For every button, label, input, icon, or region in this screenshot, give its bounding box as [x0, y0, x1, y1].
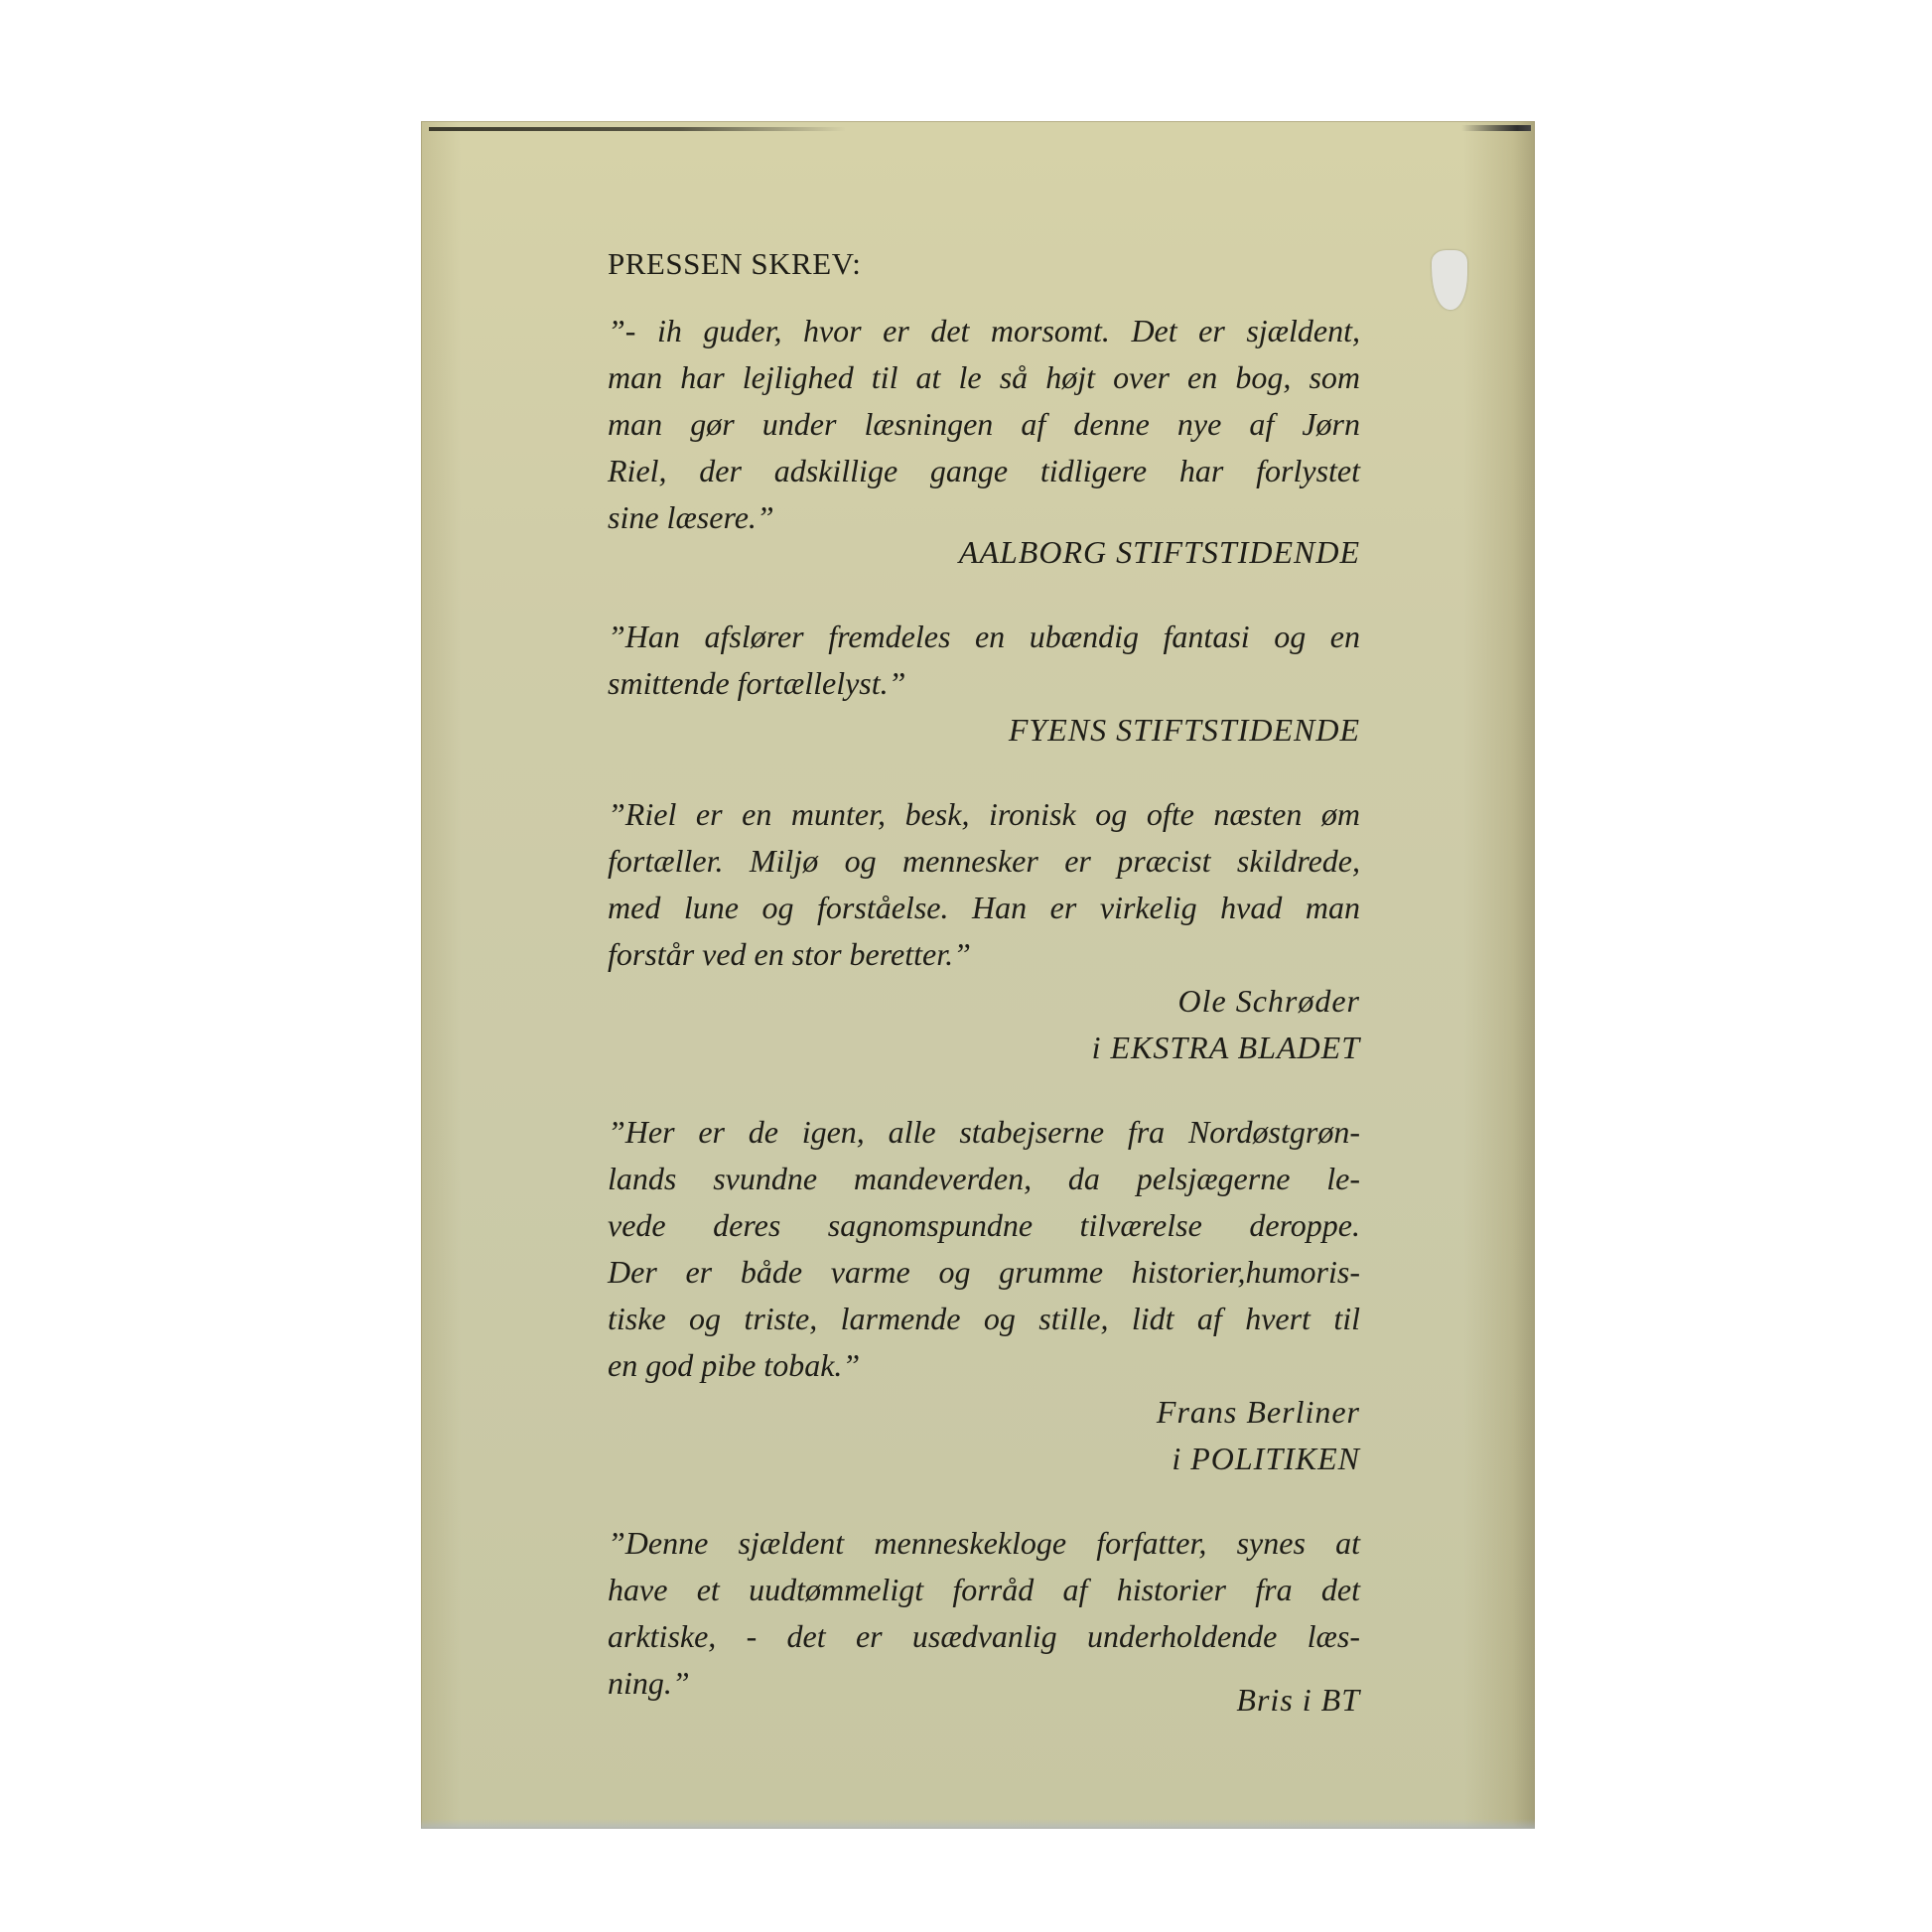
review-author: Ole Schrøder	[608, 978, 1360, 1025]
review-author: Frans Berliner	[608, 1389, 1360, 1436]
quote-line: vede deres sagnomspundne tilværelse dero…	[608, 1202, 1360, 1249]
review-source: i POLITIKEN	[608, 1436, 1360, 1482]
review-block: ”Riel er en munter, besk, ironisk og oft…	[608, 791, 1360, 1071]
quote-line: Riel, der adskillige gange tidligere har…	[608, 448, 1360, 494]
quote-line: ”- ih guder, hvor er det morsomt. Det er…	[608, 308, 1360, 354]
quote-line: man har lejlighed til at le så højt over…	[608, 354, 1360, 401]
top-right-edge-mark	[1461, 125, 1531, 131]
quote-line: have et uudtømmeligt forråd af historier…	[608, 1567, 1360, 1613]
quote-line: smittende fortællelyst.”	[608, 660, 1360, 707]
page-heading: PRESSEN SKREV:	[608, 245, 1360, 282]
review-block: ”- ih guder, hvor er det morsomt. Det er…	[608, 308, 1360, 576]
review-source: FYENS STIFTSTIDENDE	[608, 707, 1360, 754]
quote-line: ”Her er de igen, alle stabejserne fra No…	[608, 1109, 1360, 1156]
quote-line: tiske og triste, larmende og stille, lid…	[608, 1296, 1360, 1342]
quote-line: lands svundne mandeverden, da pelsjægern…	[608, 1156, 1360, 1202]
bottom-edge	[421, 1819, 1535, 1829]
review-quote: ”Riel er en munter, besk, ironisk og oft…	[608, 791, 1360, 978]
review-source: i EKSTRA BLADET	[608, 1025, 1360, 1071]
quote-line: forstår ved en stor beretter.”	[608, 931, 1360, 978]
review-block: ”Her er de igen, alle stabejserne fra No…	[608, 1109, 1360, 1482]
review-quote: ”Han afslører fremdeles en ubændig fanta…	[608, 614, 1360, 707]
book-back-cover: PRESSEN SKREV: ”- ih guder, hvor er det …	[421, 121, 1535, 1829]
press-quotes-column: PRESSEN SKREV: ”- ih guder, hvor er det …	[608, 245, 1360, 1761]
quote-line: en god pibe tobak.”	[608, 1342, 1360, 1389]
quote-line: med lune og forståelse. Han er virkelig …	[608, 885, 1360, 931]
quote-line: ”Denne sjældent menneskekloge forfatter,…	[608, 1520, 1360, 1567]
quote-line: ”Riel er en munter, besk, ironisk og oft…	[608, 791, 1360, 838]
quote-line: ”Han afslører fremdeles en ubændig fanta…	[608, 614, 1360, 660]
quote-line: Der er både varme og grumme historier,hu…	[608, 1249, 1360, 1296]
top-edge-rule	[429, 127, 846, 131]
quote-line: fortæller. Miljø og mennesker er præcist…	[608, 838, 1360, 885]
review-block: ”Han afslører fremdeles en ubændig fanta…	[608, 614, 1360, 754]
torn-label-mark	[1432, 250, 1467, 310]
review-quote: ”- ih guder, hvor er det morsomt. Det er…	[608, 308, 1360, 541]
quote-line: arktiske, - det er usædvanlig underholde…	[608, 1613, 1360, 1660]
quote-line: man gør under læsningen af denne nye af …	[608, 401, 1360, 448]
review-quote: ”Her er de igen, alle stabejserne fra No…	[608, 1109, 1360, 1389]
review-source: Bris i BT	[608, 1677, 1360, 1724]
review-block: ”Denne sjældent menneskekloge forfatter,…	[608, 1520, 1360, 1724]
